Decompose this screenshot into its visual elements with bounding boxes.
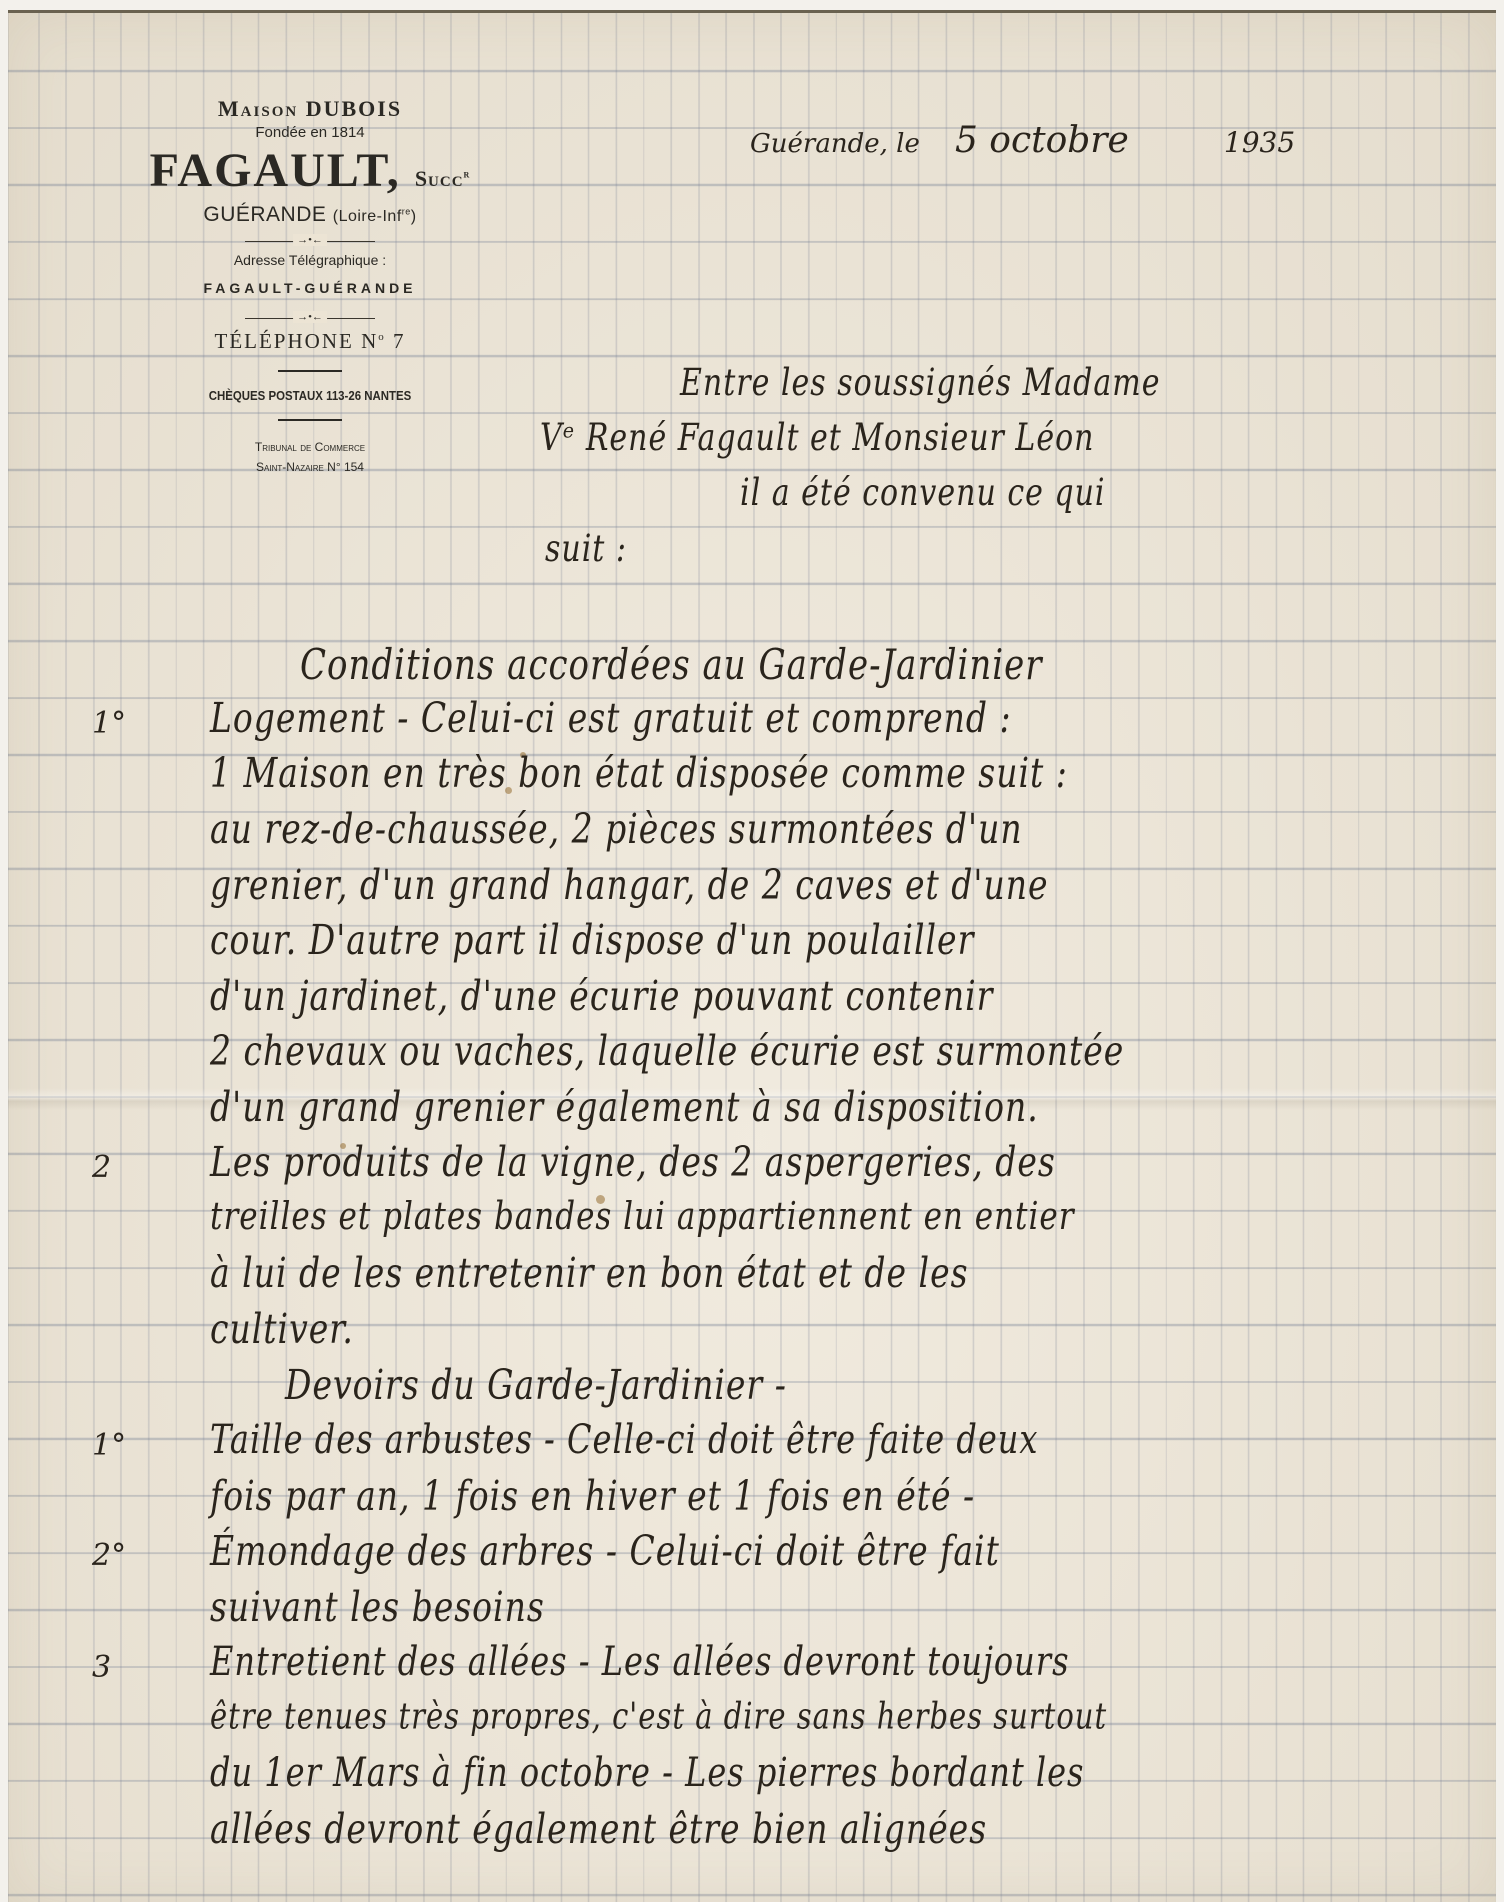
telegraph-label: Adresse Télégraphique : (100, 252, 520, 268)
body-line: d'un jardinet, d'une écurie pouvant cont… (210, 971, 993, 1020)
body-line: 1 Maison en très bon état disposée comme… (210, 748, 1068, 797)
successor-label: Succr (415, 166, 471, 191)
body-line: Émondage des arbres - Celui-ci doit être… (210, 1526, 1000, 1575)
letterhead-region: (Loire-Infre) (333, 208, 417, 225)
body-line: être tenues très propres, c'est à dire s… (210, 1695, 1107, 1738)
telegraph-address: FAGAULT-GUÉRANDE (100, 280, 520, 296)
body-line: au rez-de-chaussée, 2 pièces surmontées … (210, 804, 1023, 853)
intro-line: suit : (545, 527, 627, 571)
item-number: 1° (92, 706, 126, 741)
body-line: du 1er Mars à fin octobre - Les pierres … (210, 1749, 1084, 1797)
date-year: 1935 (1224, 126, 1295, 159)
date-day-month: 5 octobre (955, 120, 1129, 161)
item-number: 3 (92, 1650, 111, 1685)
item-number: 2° (92, 1538, 126, 1573)
body-line: suivant les besoins (210, 1582, 545, 1631)
letterhead-town: GUÉRANDE (Loire-Infre) (100, 203, 520, 227)
intro-line: Entre les soussignés Madame (680, 361, 1160, 405)
ornament-divider: →•← (245, 241, 375, 242)
body-line: Entretient des allées - Les allées devro… (210, 1638, 1070, 1686)
company-name: FAGAULT, (150, 144, 401, 197)
body-line: fois par an, 1 fois en hiver et 1 fois e… (210, 1471, 975, 1520)
body-line: Les produits de la vigne, des 2 asperger… (210, 1137, 1056, 1186)
intro-line: il a été convenu ce qui (740, 471, 1106, 515)
letterhead: Maison DUBOIS Fondée en 1814 FAGAULT, Su… (100, 96, 520, 477)
rule-divider (278, 419, 342, 421)
body-line: cultiver. (210, 1304, 354, 1353)
tribunal-commerce: Tribunal de Commerce Saint-Nazaire N° 15… (100, 437, 520, 477)
ornament-divider: →•← (245, 318, 375, 319)
letterhead-founded: Fondée en 1814 (100, 124, 520, 141)
body-line: d'un grand grenier également à sa dispos… (210, 1082, 1039, 1131)
item-number: 2 (92, 1150, 111, 1185)
section-title: Devoirs du Garde-Jardinier - (285, 1360, 787, 1409)
body-line: allées devront également être bien align… (210, 1804, 987, 1853)
body-line: 2 chevaux ou vaches, laquelle écurie est… (210, 1026, 1124, 1075)
body-line: treilles et plates bandes lui appartienn… (210, 1194, 1075, 1239)
rule-divider (278, 370, 342, 372)
letterhead-maison: Maison DUBOIS (100, 96, 520, 122)
postal-cheques: CHÈQUES POSTAUX 113-26 NANTES (125, 388, 495, 403)
intro-line: Vᵉ René Fagault et Monsieur Léon (540, 416, 1094, 460)
date-place: Guérande, le (750, 129, 920, 159)
body-line: grenier, d'un grand hangar, de 2 caves e… (210, 860, 1049, 909)
item-number: 1° (92, 1428, 126, 1463)
date-line: Guérande, le 5 octobre 1935 (750, 120, 1295, 161)
body-line: Taille des arbustes - Celle-ci doit être… (210, 1416, 1038, 1464)
letterhead-company-name: FAGAULT, Succr (100, 147, 520, 195)
telephone-number: TÉLÉPHONE No 7 (100, 329, 520, 354)
section-title: Conditions accordées au Garde-Jardinier (300, 640, 1043, 690)
body-line: cour. D'autre part il dispose d'un poula… (210, 915, 974, 964)
body-line: Logement - Celui-ci est gratuit et compr… (210, 693, 1012, 742)
body-line: à lui de les entretenir en bon état et d… (210, 1248, 969, 1297)
